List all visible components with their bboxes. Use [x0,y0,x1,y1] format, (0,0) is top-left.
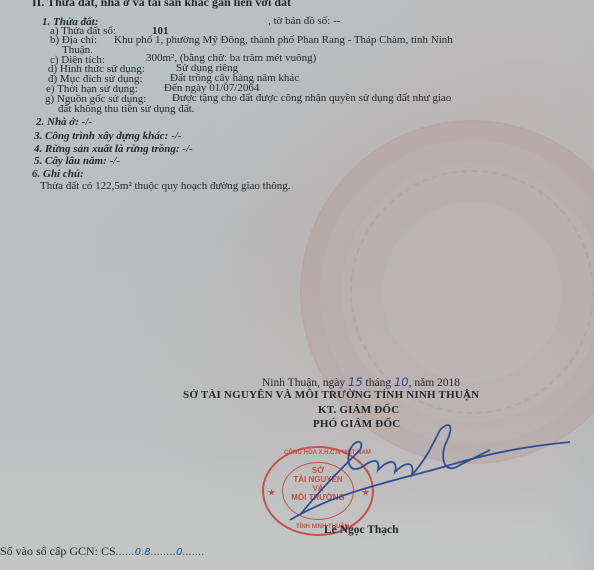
place-date: Ninh Thuận, ngày 15 tháng 10, năm 2018 [262,376,460,389]
signer-role-1: KT. GIÁM ĐỐC [318,404,399,416]
item-planted-forest-value: -/- [182,143,192,155]
item-house-label: 2. Nhà ở: [36,116,79,128]
signer-name: Lê Ngọc Thạch [324,524,399,536]
registry-value: ......0.8........0....... [116,547,205,558]
issuing-organization: SỞ TÀI NGUYÊN VÀ MÔI TRƯỜNG TỈNH NINH TH… [183,389,479,401]
origin-value: Được tặng cho đất được công nhận quyền s… [172,92,451,104]
item-house-value: -/- [82,116,92,128]
date-month: 10 [394,375,409,389]
certificate-page: II. Thửa đất, nhà ở và tài sản khác gắn … [0,0,594,570]
item-planted-forest-label: 4. Rừng sản xuất là rừng trồng: [34,143,180,155]
item-perennial-trees-label: 5. Cây lâu năm: [34,155,107,167]
date-day: 15 [348,375,363,389]
date-month-prefix: tháng [366,377,392,389]
item-other-construction-value: -/- [171,130,181,142]
item-perennial-trees-value: -/- [109,155,119,167]
handwritten-signature [280,420,580,530]
item-other-construction-label: 3. Công trình xây dựng khác: [34,130,168,142]
note-label: 6. Ghi chú: [32,168,84,180]
date-year: năm 2018 [414,377,460,389]
registry-label: Số vào sổ cấp GCN: CS [0,544,116,558]
origin-value-cont: đất không thu tiền sử dụng đất. [58,103,194,115]
section-title: II. Thửa đất, nhà ở và tài sản khác gắn … [32,0,291,8]
item-perennial-trees: 5. Cây lâu năm: -/- [34,155,120,167]
map-sheet-number: , tờ bản đồ số: -- [268,15,340,27]
item-other-construction: 3. Công trình xây dựng khác: -/- [34,130,181,142]
address-value: Khu phố 1, phường Mỹ Đông, thành phố Pha… [114,34,453,46]
seal-star-left-icon: ★ [268,488,275,497]
registry-number: Số vào sổ cấp GCN: CS......0.8........0.… [0,545,205,559]
item-planted-forest: 4. Rừng sản xuất là rừng trồng: -/- [34,143,193,155]
note-text: Thửa đất có 122,5m² thuộc quy hoạch đườn… [40,180,290,192]
item-house: 2. Nhà ở: -/- [36,116,92,128]
place-date-prefix: Ninh Thuận, ngày [262,377,345,389]
